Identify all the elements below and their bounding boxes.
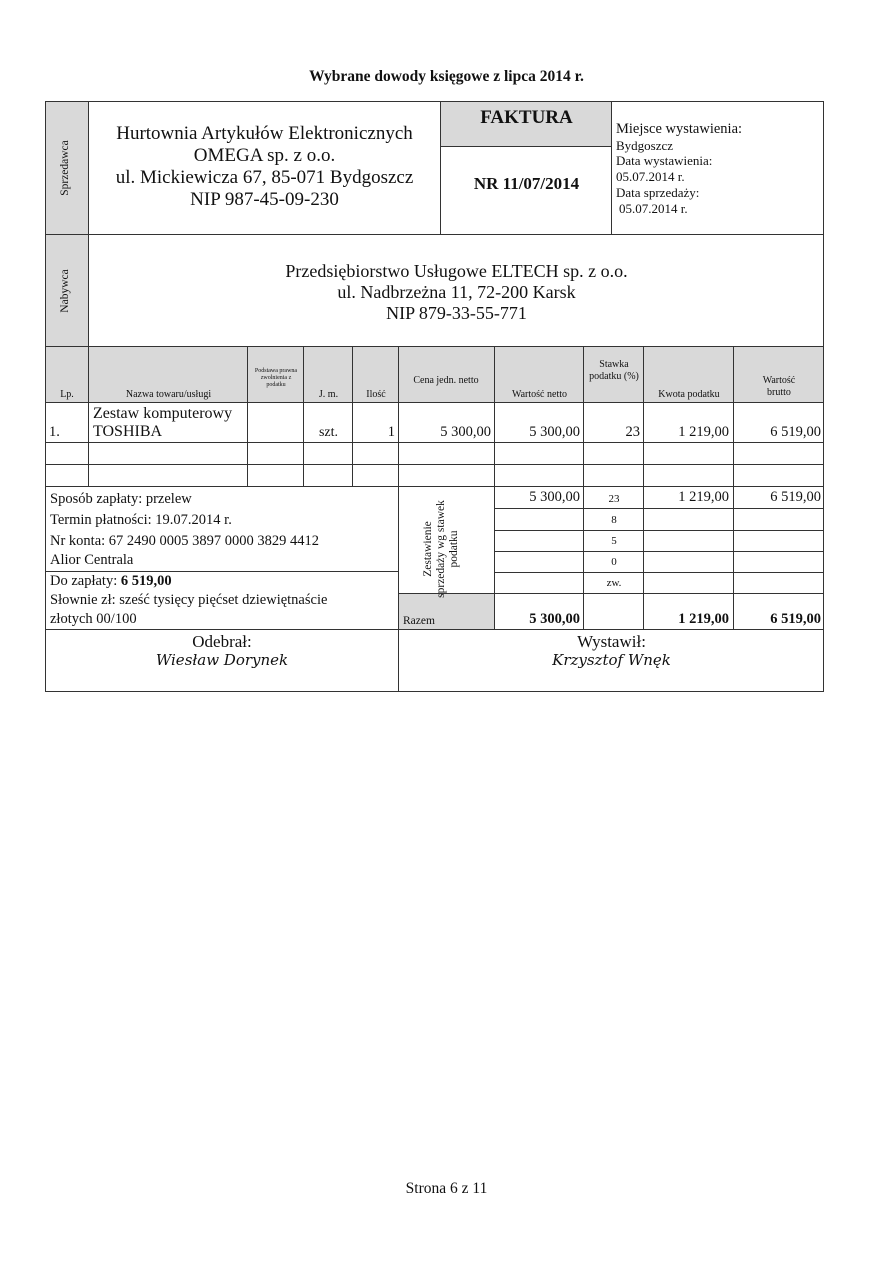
- col-qty: Ilość: [353, 389, 399, 401]
- table-row: 1. Zestaw komputerowy TOSHIBA szt. 1 5 3…: [45, 403, 824, 443]
- issued-signature: Krzysztof Wnęk: [399, 651, 824, 669]
- received-label: Odebrał:: [45, 632, 399, 651]
- amount-in-words-1: Słownie zł: sześć tysięcy pięćset dziewi…: [50, 591, 398, 610]
- amount-in-words-2: złotych 00/100: [50, 610, 398, 629]
- payment-method: Sposób zapłaty: przelew: [50, 489, 398, 510]
- summary-rate-3: 0: [584, 556, 644, 568]
- col-name: Nazwa towaru/usługi: [89, 389, 248, 401]
- col-net: Wartość netto: [495, 389, 584, 401]
- col-unit-price: Cena jedn. netto: [411, 375, 481, 387]
- to-pay-label: Do zapłaty:: [50, 573, 121, 589]
- page-title: Wybrane dowody księgowe z lipca 2014 r.: [0, 68, 893, 86]
- col-gross: Wartość brutto: [755, 375, 803, 399]
- summary-label: Zestawienie sprzedaży wg stawek podatku: [422, 499, 470, 599]
- to-pay: Do zapłaty: 6 519,00: [50, 572, 398, 591]
- issue-date-label: Data wystawienia:: [616, 153, 821, 169]
- buyer-address: ul. Nadbrzeżna 11, 72-200 Karsk: [89, 282, 824, 303]
- col-tax: Kwota podatku: [644, 389, 734, 401]
- payment-block: Sposób zapłaty: przelew Termin płatności…: [50, 489, 398, 569]
- buyer-block: Przedsiębiorstwo Usługowe ELTECH sp. z o…: [89, 261, 824, 324]
- item-unit-price: 5 300,00: [399, 424, 491, 441]
- item-unit: szt.: [304, 425, 353, 441]
- summary-tax-0: 1 219,00: [644, 489, 729, 506]
- summary-rate-1: 8: [584, 514, 644, 526]
- buyer-label: Nabywca: [59, 241, 75, 341]
- total-tax: 1 219,00: [644, 611, 729, 628]
- col-lp: Lp.: [45, 389, 89, 401]
- sale-date-label: Data sprzedaży:: [616, 185, 821, 201]
- total-net: 5 300,00: [495, 611, 580, 628]
- bank-name: Alior Centrala: [50, 552, 398, 569]
- item-gross: 6 519,00: [734, 424, 821, 441]
- seller-block: Hurtownia Artykułów Elektronicznych OMEG…: [89, 123, 440, 211]
- place-value: Bydgoszcz: [616, 138, 821, 153]
- issued-label: Wystawił:: [399, 632, 824, 651]
- item-qty: 1: [353, 424, 395, 441]
- issue-date-value: 05.07.2014 r.: [616, 169, 821, 185]
- col-rate: Stawka podatku (%): [589, 359, 639, 383]
- payment-due: Termin płatności: 19.07.2014 r.: [50, 510, 398, 531]
- place-label: Miejsce wystawienia:: [616, 121, 821, 138]
- sale-date-value: 05.07.2014 r.: [616, 201, 821, 217]
- issued-block: Wystawił: Krzysztof Wnęk: [399, 632, 824, 669]
- summary-rate-0: 23: [584, 493, 644, 505]
- buyer-name: Przedsiębiorstwo Usługowe ELTECH sp. z o…: [89, 261, 824, 282]
- seller-name: Hurtownia Artykułów Elektronicznych: [89, 123, 440, 145]
- item-rate: 23: [584, 424, 640, 441]
- to-pay-value: 6 519,00: [121, 573, 172, 589]
- total-gross: 6 519,00: [734, 611, 821, 628]
- seller-label: Sprzedawca: [59, 118, 75, 218]
- received-block: Odebrał: Wiesław Dorynek: [45, 632, 399, 669]
- received-signature: Wiesław Dorynek: [45, 651, 399, 669]
- seller-nip: NIP 987-45-09-230: [89, 189, 440, 211]
- summary-net-0: 5 300,00: [495, 489, 580, 506]
- buyer-nip: NIP 879-33-55-771: [89, 303, 824, 324]
- item-net: 5 300,00: [495, 424, 580, 441]
- doc-number: NR 11/07/2014: [441, 174, 612, 194]
- bank-account: Nr konta: 67 2490 0005 3897 0000 3829 44…: [50, 531, 398, 552]
- col-exemption: Podstawa prawna zwolnienia z podatku: [251, 368, 301, 389]
- invoice: Sprzedawca Nabywca Hurtownia Artykułów E…: [45, 101, 824, 692]
- item-name-line1: Zestaw komputerowy: [93, 405, 232, 423]
- seller-address: ul. Mickiewicza 67, 85-071 Bydgoszcz: [89, 167, 440, 189]
- summary-rate-4: zw.: [584, 577, 644, 589]
- doc-type: FAKTURA: [441, 107, 612, 129]
- to-pay-block: Do zapłaty: 6 519,00 Słownie zł: sześć t…: [50, 572, 398, 629]
- summary-rate-2: 5: [584, 535, 644, 547]
- invoice-meta: Miejsce wystawienia: Bydgoszcz Data wyst…: [616, 121, 821, 217]
- item-lp: 1.: [49, 424, 60, 441]
- summary-gross-0: 6 519,00: [734, 489, 821, 506]
- col-unit: J. m.: [304, 389, 353, 401]
- page-footer: Strona 6 z 11: [0, 1180, 893, 1198]
- total-label: Razem: [403, 615, 435, 627]
- item-tax: 1 219,00: [644, 424, 729, 441]
- item-name-line2: TOSHIBA: [93, 423, 162, 441]
- seller-company: OMEGA sp. z o.o.: [89, 145, 440, 167]
